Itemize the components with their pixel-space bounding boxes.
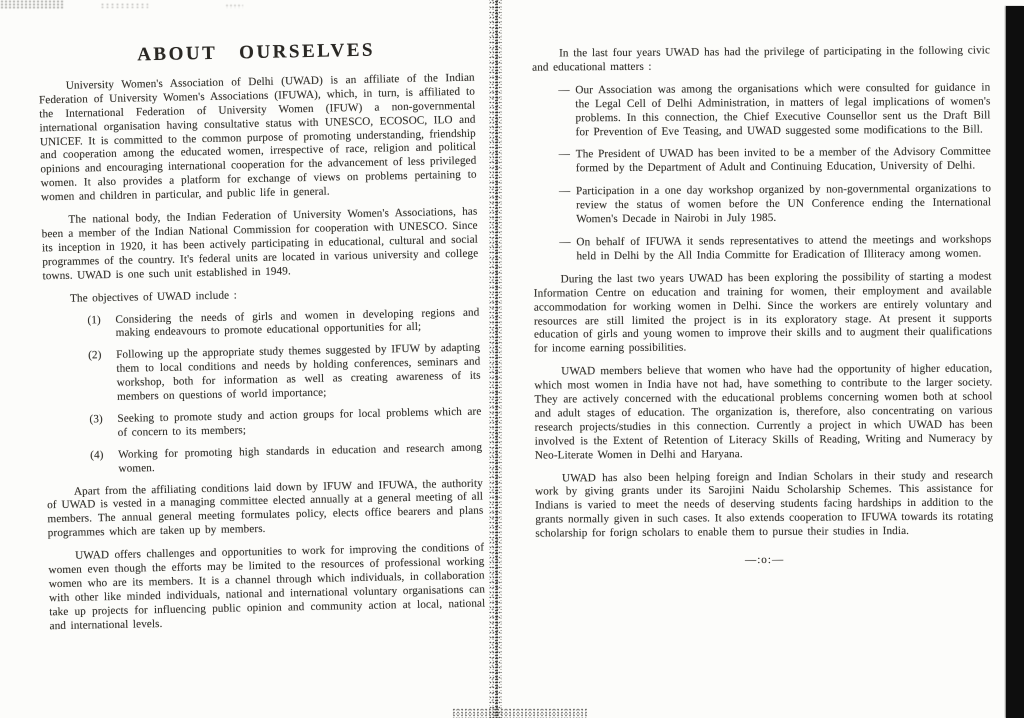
matter-item: — The President of UWAD has been invited… xyxy=(559,146,991,177)
objective-item: (1) Considering the needs of girls and w… xyxy=(87,306,479,342)
objective-item: (2) Following up the appropriate study t… xyxy=(88,342,481,405)
matter-item: — Participation in a one day workshop or… xyxy=(559,183,991,228)
objective-number: (1) xyxy=(87,313,115,327)
objectives-heading: The objectives of UWAD include : xyxy=(43,284,479,307)
members-believe-paragraph: UWAD members believe that women who have… xyxy=(534,363,993,464)
objective-text: Considering the needs of girls and women… xyxy=(115,306,479,341)
information-centre-paragraph: During the last two years UWAD has been … xyxy=(534,270,993,357)
dash-marker: — xyxy=(559,149,576,163)
objective-number: (4) xyxy=(90,449,118,463)
binding-gutter-line xyxy=(495,0,498,718)
scan-right-edge-bar xyxy=(1006,6,1024,718)
dash-marker: — xyxy=(559,236,576,250)
national-body-paragraph: The national body, the Indian Federation… xyxy=(41,206,478,284)
objective-text: Following up the appropriate study theme… xyxy=(116,342,481,405)
objective-number: (3) xyxy=(89,413,117,427)
matter-text: The President of UWAD has been invited t… xyxy=(576,146,991,177)
civic-matters-intro-paragraph: In the last four years UWAD has had the … xyxy=(532,44,990,75)
right-page: In the last four years UWAD has had the … xyxy=(532,44,994,569)
matter-text: Participation in a one day workshop orga… xyxy=(576,183,991,228)
matter-text: On behalf of IFUWA it sends representati… xyxy=(576,233,991,264)
scan-speckle-bottom xyxy=(452,708,587,718)
objective-text: Working for promoting high standards in … xyxy=(118,441,482,476)
end-mark: —:o:— xyxy=(536,552,994,569)
left-page: ABOUT OURSELVES University Women's Assoc… xyxy=(38,42,486,643)
scholarship-paragraph: UWAD has also been helping foreign and I… xyxy=(535,469,993,542)
matter-item: — Our Association was among the organisa… xyxy=(558,81,990,140)
dash-marker: — xyxy=(559,186,576,200)
page-title: ABOUT OURSELVES xyxy=(38,42,474,65)
matter-item: — On behalf of IFUWA it sends representa… xyxy=(559,233,991,264)
scanned-document: ABOUT OURSELVES University Women's Assoc… xyxy=(0,0,1024,718)
uwad-offers-paragraph: UWAD offers challenges and opportunities… xyxy=(48,542,486,634)
objective-item: (3) Seeking to promote study and action … xyxy=(89,405,481,441)
intro-paragraph: University Women's Association of Delhi … xyxy=(39,72,477,206)
matter-text: Our Association was among the organisati… xyxy=(575,81,990,140)
objective-number: (2) xyxy=(88,349,116,363)
dash-marker: — xyxy=(558,84,575,98)
affiliation-paragraph: Apart from the affiliating conditions la… xyxy=(47,477,484,541)
objective-text: Seeking to promote study and action grou… xyxy=(117,405,481,440)
scan-smudge-top xyxy=(100,3,148,8)
scan-smudge-top-left xyxy=(0,0,64,9)
scan-smudge-top-2 xyxy=(225,4,243,8)
objective-item: (4) Working for promoting high standards… xyxy=(90,441,482,477)
